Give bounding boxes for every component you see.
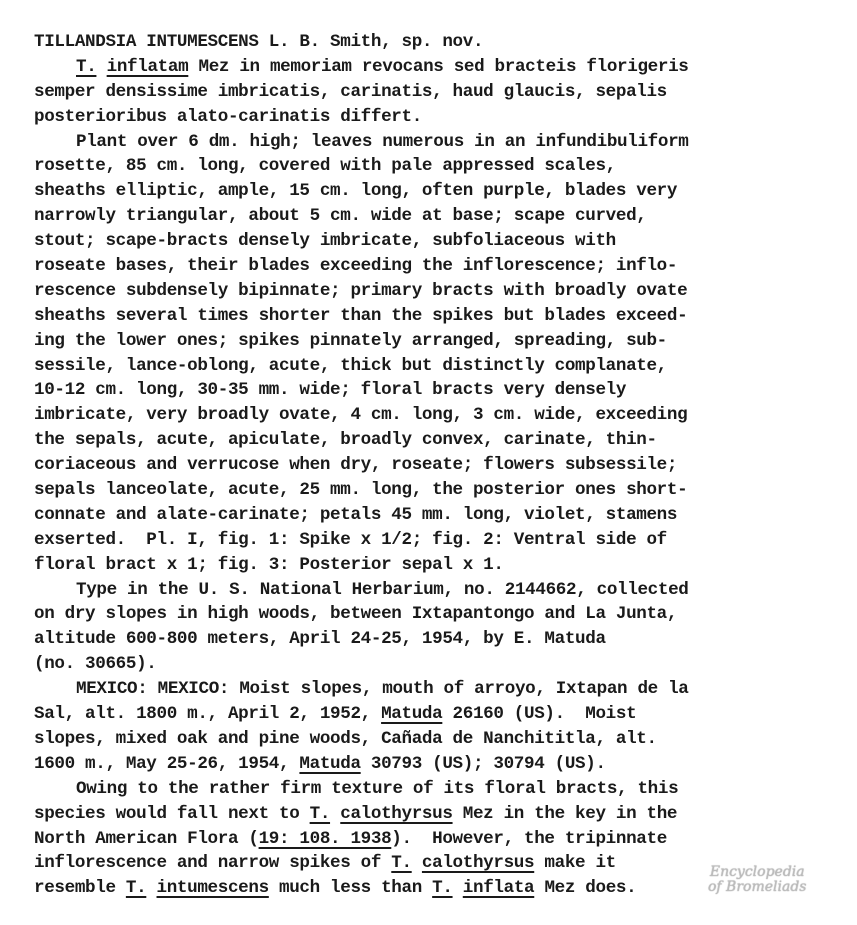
text-line: connate and alate-carinate; petals 45 mm… (34, 503, 834, 528)
underlined-text: inflatam (107, 57, 189, 77)
text-segment: sessile, lance-oblong, acute, thick but … (34, 356, 667, 376)
text-segment: much less than (269, 878, 432, 898)
text-line: sheaths elliptic, ample, 15 cm. long, of… (34, 179, 834, 204)
text-line: sessile, lance-oblong, acute, thick but … (34, 354, 834, 379)
text-segment: Mez in memoriam revocans sed bracteis fl… (188, 57, 688, 77)
text-line: exserted. Pl. I, fig. 1: Spike x 1/2; fi… (34, 528, 834, 553)
text-segment: rescence subdensely bipinnate; primary b… (34, 281, 687, 301)
text-line: coriaceous and verrucose when dry, rosea… (34, 453, 834, 478)
text-segment: stout; scape-bracts densely imbricate, s… (34, 231, 616, 251)
underlined-text: T. (126, 878, 146, 898)
text-segment: slopes, mixed oak and pine woods, Cañada… (34, 729, 657, 749)
text-segment: posterioribus alato-carinatis differt. (34, 107, 422, 127)
text-line: rosette, 85 cm. long, covered with pale … (34, 154, 834, 179)
text-segment: inflorescence and narrow spikes of (34, 853, 391, 873)
typewritten-page: TILLANDSIA INTUMESCENS L. B. Smith, sp. … (34, 30, 834, 901)
watermark: Encyclopedia of Bromeliads (708, 865, 806, 895)
document-heading: TILLANDSIA INTUMESCENS L. B. Smith, sp. … (34, 30, 834, 55)
text-segment: Mez in the key in the (453, 804, 678, 824)
text-segment (330, 804, 340, 824)
underlined-text: 19: 108. 1938 (259, 829, 392, 849)
text-line: 1600 m., May 25-26, 1954, Matuda 30793 (… (34, 752, 834, 777)
text-line: 10-12 cm. long, 30-35 mm. wide; floral b… (34, 378, 834, 403)
underlined-text: T. (432, 878, 452, 898)
text-line: species would fall next to T. calothyrsu… (34, 802, 834, 827)
underlined-text: T. (76, 57, 96, 77)
text-segment: 30793 (US); 30794 (US). (361, 754, 606, 774)
text-line: slopes, mixed oak and pine woods, Cañada… (34, 727, 834, 752)
text-line: Owing to the rather firm texture of its … (34, 777, 834, 802)
text-segment (412, 853, 422, 873)
text-line: Plant over 6 dm. high; leaves numerous i… (34, 130, 834, 155)
text-line: rescence subdensely bipinnate; primary b… (34, 279, 834, 304)
text-segment: sheaths several times shorter than the s… (34, 306, 687, 326)
text-line: stout; scape-bracts densely imbricate, s… (34, 229, 834, 254)
text-segment: TILLANDSIA INTUMESCENS L. B. Smith, sp. … (34, 32, 483, 52)
underlined-text: intumescens (157, 878, 269, 898)
text-segment (146, 878, 156, 898)
text-segment: MEXICO: MEXICO: Moist slopes, mouth of a… (76, 679, 688, 699)
text-segment: semper densissime imbricatis, carinatis,… (34, 82, 667, 102)
underlined-text: T. (310, 804, 330, 824)
text-segment: coriaceous and verrucose when dry, rosea… (34, 455, 677, 475)
text-segment: species would fall next to (34, 804, 310, 824)
text-line: semper densissime imbricatis, carinatis,… (34, 80, 834, 105)
underlined-text: calothyrsus (340, 804, 452, 824)
text-line: roseate bases, their blades exceeding th… (34, 254, 834, 279)
underlined-text: Matuda (299, 754, 360, 774)
text-segment: narrowly triangular, about 5 cm. wide at… (34, 206, 646, 226)
text-line: floral bract x 1; fig. 3: Posterior sepa… (34, 553, 834, 578)
text-line: MEXICO: MEXICO: Moist slopes, mouth of a… (34, 677, 834, 702)
text-segment: 10-12 cm. long, 30-35 mm. wide; floral b… (34, 380, 626, 400)
text-line: North American Flora (19: 108. 1938). Ho… (34, 827, 834, 852)
underlined-text: T. (391, 853, 411, 873)
text-line: imbricate, very broadly ovate, 4 cm. lon… (34, 403, 834, 428)
text-segment: connate and alate-carinate; petals 45 mm… (34, 505, 677, 525)
text-line: sepals lanceolate, acute, 25 mm. long, t… (34, 478, 834, 503)
text-line: posterioribus alato-carinatis differt. (34, 105, 834, 130)
text-segment: sheaths elliptic, ample, 15 cm. long, of… (34, 181, 677, 201)
text-segment: (no. 30665). (34, 654, 157, 674)
text-segment: 26160 (US). Moist (442, 704, 636, 724)
text-line: narrowly triangular, about 5 cm. wide at… (34, 204, 834, 229)
text-segment: the sepals, acute, apiculate, broadly co… (34, 430, 657, 450)
text-line: Sal, alt. 1800 m., April 2, 1952, Matuda… (34, 702, 834, 727)
text-segment: exserted. Pl. I, fig. 1: Spike x 1/2; fi… (34, 530, 667, 550)
text-segment: ). However, the tripinnate (391, 829, 667, 849)
underlined-text: inflata (463, 878, 534, 898)
text-line: Type in the U. S. National Herbarium, no… (34, 578, 834, 603)
text-segment (453, 878, 463, 898)
text-segment: floral bract x 1; fig. 3: Posterior sepa… (34, 555, 504, 575)
text-segment: ing the lower ones; spikes pinnately arr… (34, 331, 667, 351)
watermark-line-2: of Bromeliads (708, 880, 806, 895)
text-line: altitude 600-800 meters, April 24-25, 19… (34, 627, 834, 652)
text-segment: resemble (34, 878, 126, 898)
text-segment (96, 57, 106, 77)
text-line: sheaths several times shorter than the s… (34, 304, 834, 329)
text-segment: on dry slopes in high woods, between Ixt… (34, 604, 677, 624)
underlined-text: calothyrsus (422, 853, 534, 873)
text-segment: altitude 600-800 meters, April 24-25, 19… (34, 629, 606, 649)
text-segment: Sal, alt. 1800 m., April 2, 1952, (34, 704, 381, 724)
text-segment: roseate bases, their blades exceeding th… (34, 256, 677, 276)
text-line: T. inflatam Mez in memoriam revocans sed… (34, 55, 834, 80)
underlined-text: Matuda (381, 704, 442, 724)
text-segment: make it (534, 853, 616, 873)
text-line: on dry slopes in high woods, between Ixt… (34, 602, 834, 627)
text-segment: 1600 m., May 25-26, 1954, (34, 754, 299, 774)
text-segment: Plant over 6 dm. high; leaves numerous i… (76, 132, 688, 152)
text-segment: Owing to the rather firm texture of its … (76, 779, 678, 799)
text-segment: rosette, 85 cm. long, covered with pale … (34, 156, 616, 176)
watermark-line-1: Encyclopedia (708, 865, 806, 880)
text-line: the sepals, acute, apiculate, broadly co… (34, 428, 834, 453)
text-segment: Type in the U. S. National Herbarium, no… (76, 580, 688, 600)
text-segment: North American Flora ( (34, 829, 259, 849)
text-segment: imbricate, very broadly ovate, 4 cm. lon… (34, 405, 687, 425)
text-line: ing the lower ones; spikes pinnately arr… (34, 329, 834, 354)
text-segment: Mez does. (534, 878, 636, 898)
text-line: (no. 30665). (34, 652, 834, 677)
text-segment: sepals lanceolate, acute, 25 mm. long, t… (34, 480, 687, 500)
